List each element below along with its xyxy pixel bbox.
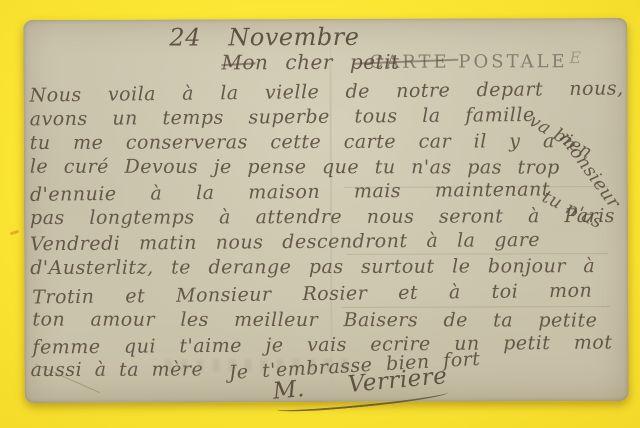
message-line: d'Austerlitz, te derange pas surtout le … <box>30 255 595 279</box>
message-line: avons un temps superbe tous la famille <box>30 104 535 130</box>
postcard-photo: 24 Novembre CARTE POSTALE Mon cher petit… <box>0 0 640 428</box>
message-line: Trotin et Monsieur Rosier et à toi mon <box>32 280 592 309</box>
message-line: tu me conserveras cette carte car il y a <box>30 130 555 154</box>
message-line: d'ennuie à la maison mais maintenant <box>30 178 550 205</box>
message-line: pas longtemps à attendre nous seront à P… <box>30 205 615 229</box>
stray-orange-mark <box>10 230 19 236</box>
message-line: le curé Devous je pense que tu n'as pas … <box>30 156 560 179</box>
faint-address-rule <box>342 306 610 308</box>
message-line: Vendredi matin nous descendront à la gar… <box>30 229 540 255</box>
postcard: 24 Novembre CARTE POSTALE Mon cher petit… <box>23 18 628 403</box>
handwritten-date: 24 Novembre <box>169 23 359 52</box>
message-line: ton amour les meilleur Baisers de ta pet… <box>32 309 597 332</box>
closing-left: aussi à ta mère <box>31 358 201 381</box>
message-line: femme qui t'aime je vais ecrire un petit… <box>32 331 612 358</box>
message-line: Nous voila à la vielle de notre depart n… <box>29 77 623 106</box>
